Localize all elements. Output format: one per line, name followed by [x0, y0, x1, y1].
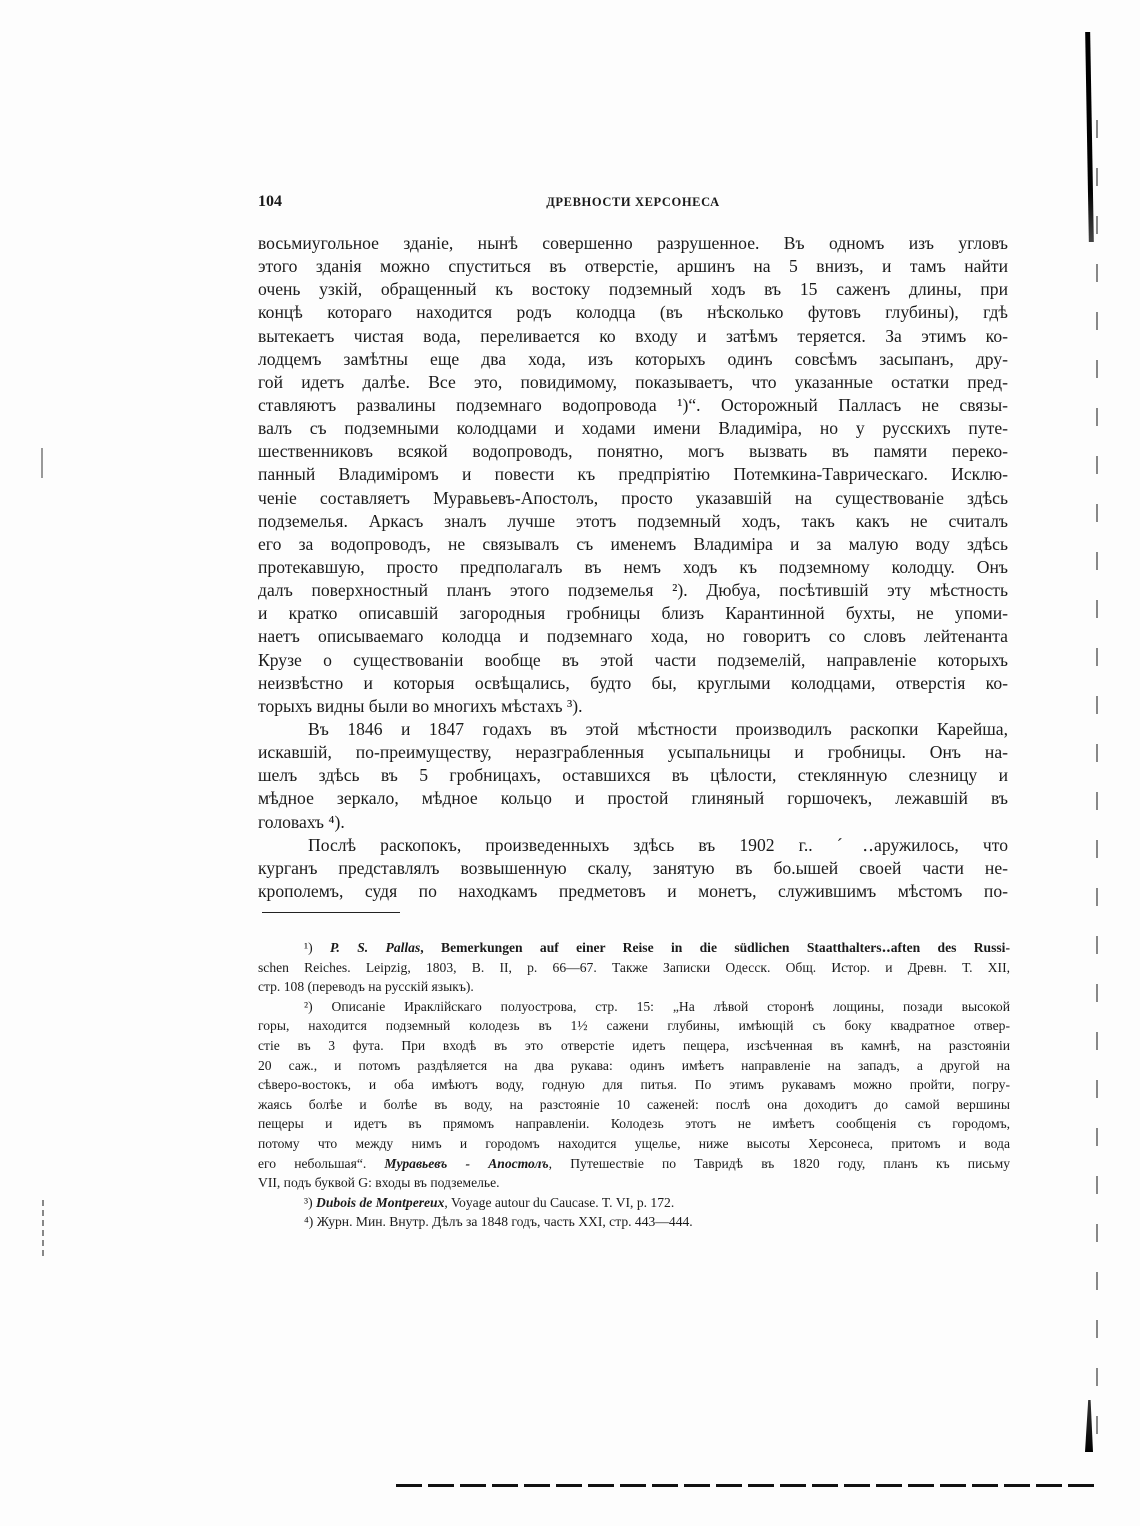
text-line: восьмиугольное зданіе, нынѣ совершенно р… — [258, 232, 1008, 255]
footnote-2-line: потому что между нимъ и городомъ находит… — [258, 1134, 1010, 1154]
text-line: торыхъ видны были во многихъ мѣстахъ ³). — [258, 695, 1008, 718]
footnote-2-line: 20 саж., и потомъ раздѣляется на два рук… — [258, 1056, 1010, 1076]
text-line: лодцемъ замѣтны еще два хода, изъ которы… — [258, 348, 1008, 371]
text-line: Крузе о существованіи вообще въ этой час… — [258, 649, 1008, 672]
footnote-2-line: ²) Описаніе Ираклійскаго полуострова, ст… — [258, 997, 1010, 1017]
footnote-2-line: пещеры и идетъ въ прямомъ направленіи. К… — [258, 1114, 1010, 1134]
text-line: ставляютъ развалины подземнаго водопрово… — [258, 394, 1008, 417]
text-line: шелъ здѣсь въ 5 гробницахъ, оставшихся в… — [258, 764, 1008, 787]
footnote-1-line: schen Reiches. Leipzig, 1803, B. II, p. … — [258, 958, 1010, 978]
footnote-2-line: сѣверо-востокъ, и оба имѣютъ воду, годну… — [258, 1075, 1010, 1095]
text-line: ченіе составляетъ Муравьевъ-Апостолъ, пр… — [258, 487, 1008, 510]
text-line: очень узкій, обращенный къ востоку подзе… — [258, 278, 1008, 301]
scan-edge-artifact — [1085, 32, 1094, 242]
text-line: крополемъ, судя по находкамъ предметовъ … — [258, 880, 1008, 903]
text-line: вытекаетъ чистая вода, переливается ко в… — [258, 325, 1008, 348]
footnote-author: P. S. Pallas — [330, 940, 420, 955]
scan-edge-artifact — [1085, 1400, 1093, 1452]
text-line: мѣдное зеркало, мѣдное кольцо и простой … — [258, 787, 1008, 810]
footnotes: ¹) P. S. Pallas, Bemerkungen auf einer R… — [258, 938, 1010, 1232]
text-line: искавшій, по-преимуществу, неразграбленн… — [258, 741, 1008, 764]
main-text: восьмиугольное зданіе, нынѣ совершенно р… — [258, 232, 1008, 903]
text-line: шественниковъ всякой водопроводъ, понятн… — [258, 440, 1008, 463]
page-header: 104 ДРЕВНОСТИ ХЕРСОНЕСА — [258, 193, 1008, 215]
footnote-marker: ⁴) — [304, 1214, 313, 1229]
footnote-2-line: его небольшая“. Муравьевъ - Апостолъ, Пу… — [258, 1154, 1010, 1174]
paragraph-start-line: Въ 1846 и 1847 годахъ въ этой мѣстности … — [258, 718, 1008, 741]
footnote-2-line: стіе въ 3 фута. При входѣ въ это отверст… — [258, 1036, 1010, 1056]
text-line: протекавшую, просто предполагалъ въ немъ… — [258, 556, 1008, 579]
scan-edge-artifact — [41, 448, 43, 478]
text-line: валъ съ подземными колодцами и ходами им… — [258, 417, 1008, 440]
footnote-2-line: жаясь болѣе и болѣе въ воду, на разстоян… — [258, 1095, 1010, 1115]
text-line: наетъ описываемаго колодца и подземнаго … — [258, 625, 1008, 648]
text-line: неизвѣстно и которыя освѣщались, будто б… — [258, 672, 1008, 695]
running-title: ДРЕВНОСТИ ХЕРСОНЕСА — [258, 195, 1008, 210]
text-line: гой идетъ далѣе. Все это, повидимому, по… — [258, 371, 1008, 394]
text-line: и кратко описавшій загородныя гробницы б… — [258, 602, 1008, 625]
footnote-marker: ³) — [304, 1195, 313, 1210]
text-line: далъ поверхностный планъ этого подземель… — [258, 579, 1008, 602]
scan-edge-artifact — [42, 1200, 44, 1260]
footnote-3-line: ³) Dubois de Montpereux, Voyage autour d… — [258, 1193, 1010, 1213]
scan-edge-artifact — [396, 1484, 1096, 1487]
text-line: подземелья. Аркасъ зналъ лучше этотъ под… — [258, 510, 1008, 533]
footnote-marker: ¹) — [304, 940, 313, 955]
paragraph-start-line: Послѣ раскопокъ, произведенныхъ здѣсь въ… — [258, 834, 1008, 857]
footnote-4-line: ⁴) Журн. Мин. Внутр. Дѣлъ за 1848 годъ, … — [258, 1212, 1010, 1232]
citation-author: Муравьевъ - Апостолъ — [384, 1156, 548, 1171]
scanned-book-page: 104 ДРЕВНОСТИ ХЕРСОНЕСА восьмиугольное з… — [0, 0, 1140, 1526]
footnote-author: Dubois de Montpereux — [316, 1195, 444, 1210]
footnote-1-line: ¹) P. S. Pallas, Bemerkungen auf einer R… — [258, 938, 1010, 958]
footnote-divider — [262, 912, 400, 913]
text-line: этого зданія можно спуститься въ отверст… — [258, 255, 1008, 278]
text-line: концѣ котораго находится родъ колодца (в… — [258, 301, 1008, 324]
text-line: курганъ представлялъ возвышенную скалу, … — [258, 857, 1008, 880]
scan-edge-artifact — [1096, 120, 1098, 1450]
footnote-2-line: горы, находится подземный колодезь въ 1½… — [258, 1016, 1010, 1036]
text-line: панный Владиміромъ и повести къ предпрія… — [258, 463, 1008, 486]
text-line: его за водопроводъ, не связывалъ съ имен… — [258, 533, 1008, 556]
footnote-marker: ²) — [304, 999, 313, 1014]
text-line: головахъ ⁴). — [258, 811, 1008, 834]
footnote-2-line: VII, подъ буквой G: входы въ подземелье. — [258, 1173, 1010, 1193]
footnote-1-line: стр. 108 (переводъ на русскій языкъ). — [258, 977, 1010, 997]
